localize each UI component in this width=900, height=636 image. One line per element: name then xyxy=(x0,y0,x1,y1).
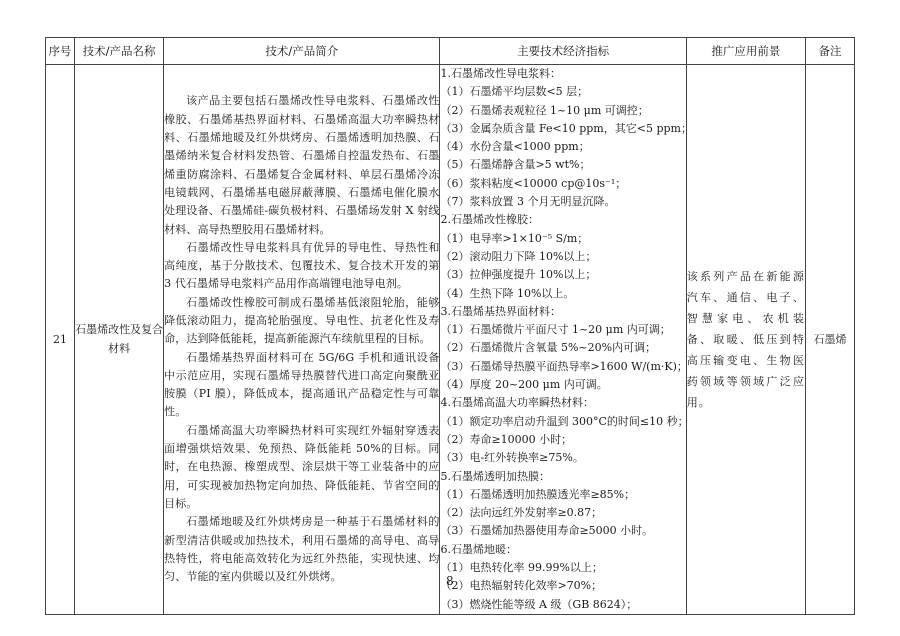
indicator-item: （1）石墨烯透明加热膜透光率≥85%； xyxy=(440,486,685,504)
indicator-item: （3）电-红外转换率≥75%。 xyxy=(440,449,685,467)
indicator-item: （3）拉伸强度提升 10%以上； xyxy=(440,266,685,284)
indicator-item: （3）石墨烯导热膜平面热导率>1600 W/(m·K)； xyxy=(440,358,685,376)
intro-paragraph: 石墨烯改性导电浆料具有优异的导电性、导热性和高纯度，基于分散技术、包覆技术、复合… xyxy=(164,239,439,294)
page-number: 8 xyxy=(446,574,454,588)
cell-notes: 石墨烯 xyxy=(805,65,854,615)
indicator-item: （4）水份含量<1000 ppm； xyxy=(440,138,685,156)
indicator-item: （3）燃烧性能等级 A 级（GB 8624）； xyxy=(440,596,685,614)
indicator-section-title: 6.石墨烯地暖： xyxy=(440,541,685,559)
cell-product-name: 石墨烯改性及复合材料 xyxy=(75,65,164,615)
indicator-item: （1）额定功率启动升温到 300°C的时间≤10 秒； xyxy=(440,413,685,431)
intro-paragraph: 石墨烯基热界面材料可在 5G/6G 手机和通讯设备中示范应用，实现石墨烯导热膜替… xyxy=(164,349,439,422)
indicator-section-title: 5.石墨烯透明加热膜： xyxy=(440,468,685,486)
indicator-item: （1）石墨烯平均层数<5 层； xyxy=(440,83,685,101)
indicator-section-title: 3.石墨烯基热界面材料： xyxy=(440,303,685,321)
header-product-name: 技术/产品名称 xyxy=(75,38,164,65)
header-application-prospects: 推广应用前景 xyxy=(686,38,805,65)
indicator-item: （2）石墨烯表观粒径 1~10 μm 可调控； xyxy=(440,102,685,120)
cell-application-prospects: 该系列产品在新能源汽车、通信、电子、智慧家电、农机装备、取暖、低压到特高压输变电… xyxy=(686,65,805,615)
header-key-indicators: 主要技术经济指标 xyxy=(440,38,686,65)
indicator-item: （3）石墨烯加热器使用寿命≥5000 小时。 xyxy=(440,522,685,540)
indicator-item: （6）浆料粘度<10000 cp@10s⁻¹； xyxy=(440,175,685,193)
indicator-section-title: 4.石墨烯高温大功率瞬热材料： xyxy=(440,394,685,412)
intro-paragraph: 石墨烯地暖及红外烘烤房是一种基于石墨烯材料的新型清洁供暖或加热技术，利用石墨烯的… xyxy=(164,513,439,586)
cell-key-indicators: 1.石墨烯改性导电浆料： （1）石墨烯平均层数<5 层； （2）石墨烯表观粒径 … xyxy=(440,65,686,615)
indicator-item: （7）浆料放置 3 个月无明显沉降。 xyxy=(440,193,685,211)
indicator-item: （3）金属杂质含量 Fe<10 ppm，其它<5 ppm； xyxy=(440,120,685,138)
indicator-item: （2）电热辐射转化效率>70%； xyxy=(440,577,685,595)
table-row: 21 石墨烯改性及复合材料 该产品主要包括石墨烯改性导电浆料、石墨烯改性橡胶、石… xyxy=(46,65,855,615)
technology-table: 序号 技术/产品名称 技术/产品简介 主要技术经济指标 推广应用前景 备注 21… xyxy=(45,37,855,615)
intro-paragraph: 石墨烯改性橡胶可制成石墨烯基低滚阻轮胎，能够降低滚动阻力，提高轮胎强度、导电性、… xyxy=(164,294,439,349)
cell-serial-no: 21 xyxy=(46,65,75,615)
indicator-item: （1）电热转化率 99.99%以上； xyxy=(440,559,685,577)
header-notes: 备注 xyxy=(805,38,854,65)
table-header-row: 序号 技术/产品名称 技术/产品简介 主要技术经济指标 推广应用前景 备注 xyxy=(46,38,855,65)
indicator-item: （5）石墨烯静含量>5 wt%； xyxy=(440,156,685,174)
indicator-item: （1）电导率>1×10⁻⁵ S/m； xyxy=(440,230,685,248)
indicator-section-title: 1.石墨烯改性导电浆料： xyxy=(440,65,685,83)
intro-paragraph: 该产品主要包括石墨烯改性导电浆料、石墨烯改性橡胶、石墨烯基热界面材料、石墨烯高温… xyxy=(164,92,439,238)
header-serial-no: 序号 xyxy=(46,38,75,65)
indicator-item: （1）石墨烯微片平面尺寸 1~20 μm 内可调； xyxy=(440,321,685,339)
indicator-item: （2）法向远红外发射率≥0.87； xyxy=(440,504,685,522)
cell-product-intro: 该产品主要包括石墨烯改性导电浆料、石墨烯改性橡胶、石墨烯基热界面材料、石墨烯高温… xyxy=(164,65,440,615)
indicator-item: （2）滚动阻力下降 10%以上； xyxy=(440,248,685,266)
indicator-section-title: 2.石墨烯改性橡胶： xyxy=(440,211,685,229)
indicator-item: （2）寿命≥10000 小时； xyxy=(440,431,685,449)
header-product-intro: 技术/产品简介 xyxy=(164,38,440,65)
indicator-item: （4）生热下降 10%以上。 xyxy=(440,285,685,303)
indicator-item: （2）石墨烯微片含氧量 5%~20%内可调； xyxy=(440,339,685,357)
indicator-item: （4）厚度 20~200 μm 内可调。 xyxy=(440,376,685,394)
intro-paragraph: 石墨烯高温大功率瞬热材料可实现红外辐射穿透表面增强烘焙效果、免预热、降低能耗 5… xyxy=(164,422,439,513)
